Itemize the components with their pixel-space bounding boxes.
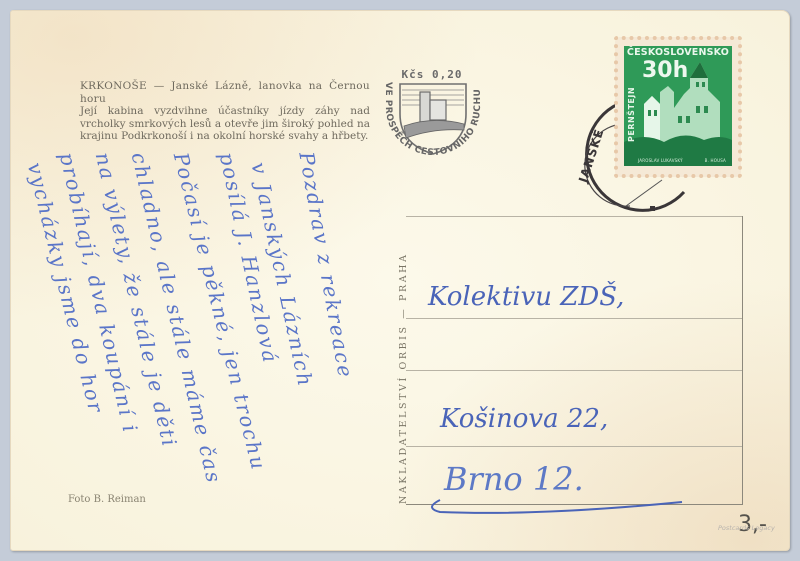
stamp-place: PERNŠTEJN	[627, 87, 636, 142]
address-rule	[406, 318, 742, 319]
printed-caption: KRKONOŠE — Janské Lázně, lanovka na Čern…	[80, 80, 370, 143]
stamp-designer: JAROSLAV LUKAVSKÝ	[638, 158, 683, 163]
address-line-2: Košinova 22,	[440, 404, 608, 434]
address-rule	[406, 216, 742, 217]
underline-flourish-icon	[420, 486, 690, 516]
stamp-design: ČESKOSLOVENSKO 30h PERNŠTEJN JAROSLAV LU…	[624, 46, 732, 166]
caption-title: KRKONOŠE — Janské Lázně, lanovka na Čern…	[80, 80, 370, 105]
stamp-value: 30h	[642, 58, 688, 83]
postage-stamp: ČESKOSLOVENSKO 30h PERNŠTEJN JAROSLAV LU…	[618, 40, 738, 174]
stamp-country: ČESKOSLOVENSKO	[624, 47, 732, 58]
address-line-1: Kolektivu ZDŠ,	[428, 282, 624, 312]
charity-stamp: Kčs 0,20 VE PROSPĚCH CESTOVNÍHO RUCHU	[378, 68, 488, 168]
address-rule	[406, 370, 742, 371]
stamp-engraver: B. HOUSA	[705, 158, 726, 163]
castle-ruin-shield-icon: VE PROSPĚCH CESTOVNÍHO RUCHU	[378, 68, 488, 168]
address-rule	[406, 446, 742, 447]
watermark: Postcards Legacy	[718, 524, 775, 532]
caption-body: Její kabina vyzdvihne účastníky jízdy zá…	[80, 105, 370, 143]
photo-credit: Foto B. Reiman	[68, 494, 146, 505]
